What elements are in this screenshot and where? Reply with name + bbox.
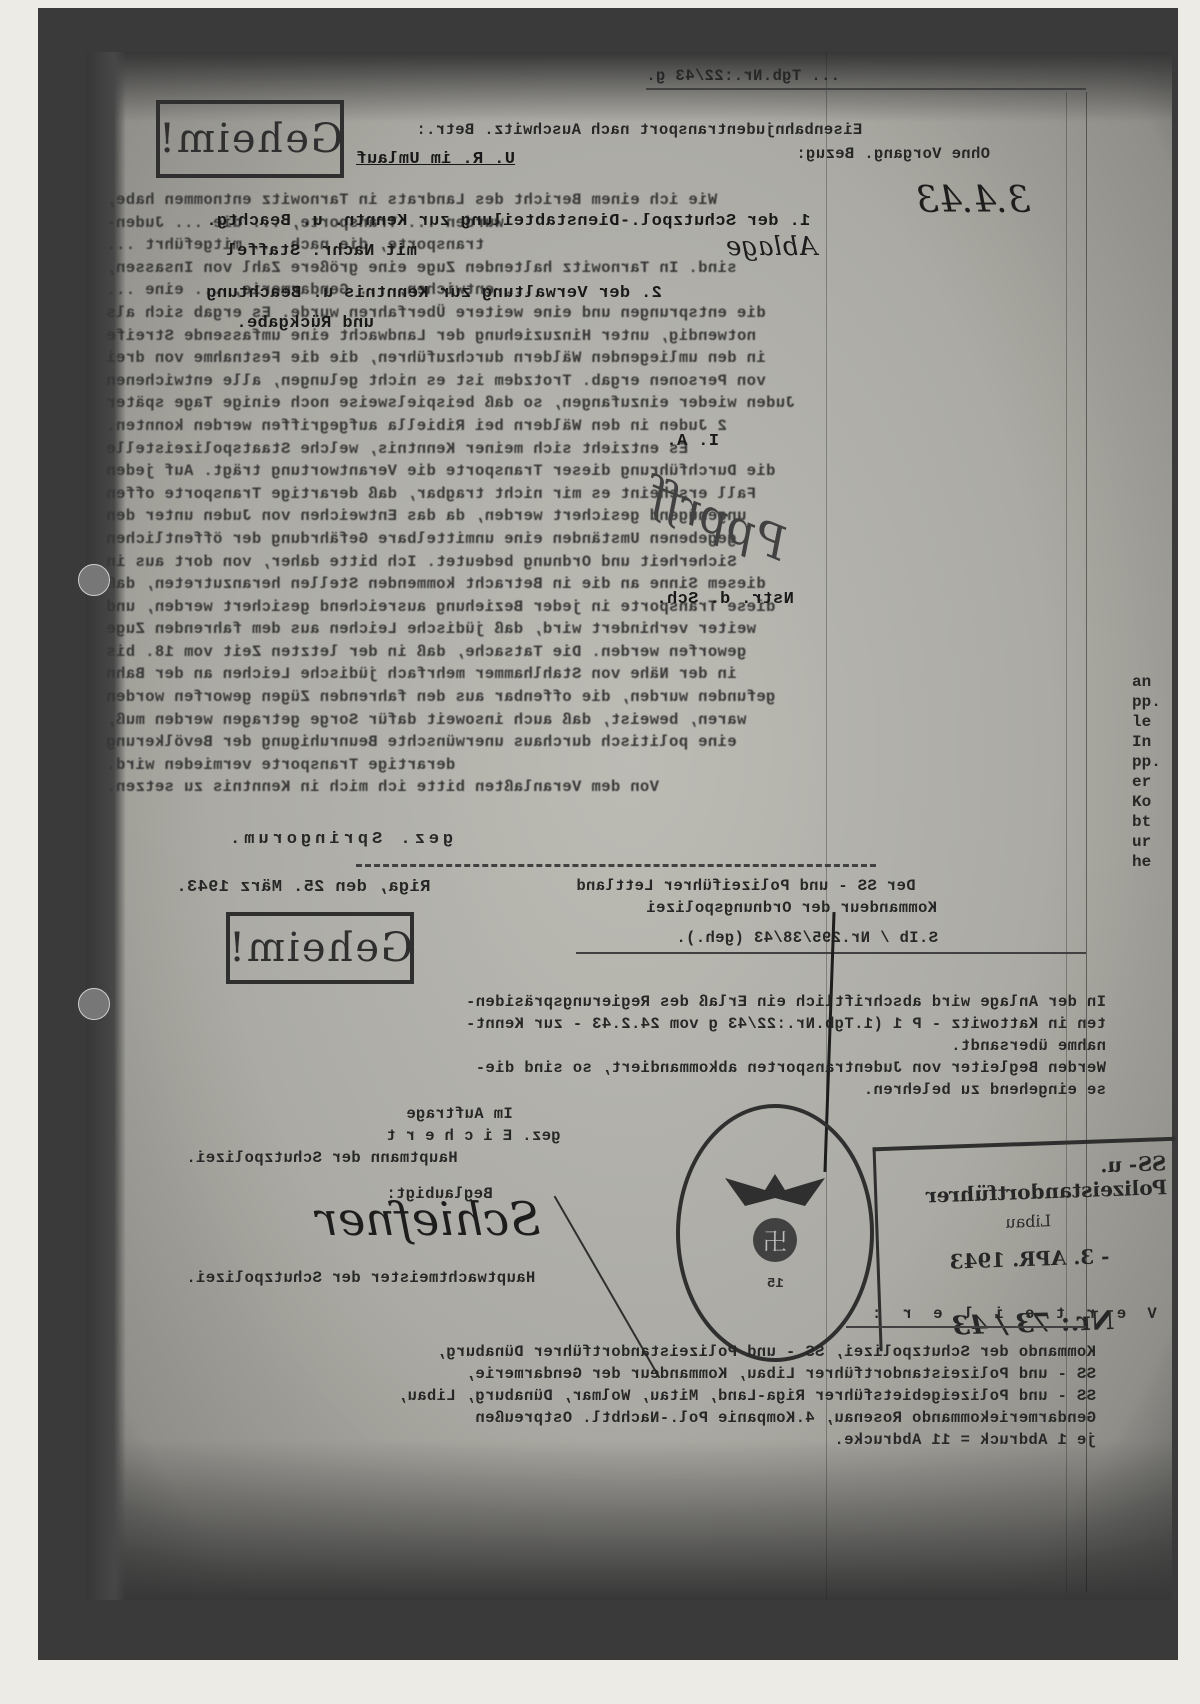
body-line: Es entzieht sich meiner Kenntnis, welche… xyxy=(106,439,1106,462)
body-line: die Durchführung dieser Transporte die V… xyxy=(106,461,1106,484)
distribution-list: Kommando der Schutzpolizei, SS - und Pol… xyxy=(96,1342,1096,1452)
body-line: ungenügend gesichert werden, da das Entw… xyxy=(106,506,1106,529)
bottom-shadow xyxy=(86,1440,1172,1600)
verteiler-label: V e r t e i l e r : xyxy=(866,1304,1157,1325)
classification-stamp: Geheim! xyxy=(156,100,344,178)
bezug-value: Ohne Vorgang. xyxy=(864,145,990,163)
bezug-line: Ohne Vorgang. Bezug: xyxy=(796,144,990,165)
file-reference: ... Tgb.Nr.:22/43 g. xyxy=(646,66,840,87)
bezug-label: Bezug: xyxy=(796,145,854,163)
body-line: von Personen ergab. Trotzdem ist es nich… xyxy=(106,371,1106,394)
photostat-sheet: ... Tgb.Nr.:22/43 g. Geheim! Eisenbahnju… xyxy=(38,8,1178,1660)
body-line: Fall erscheint es mir nicht tragbar, daß… xyxy=(106,484,1106,507)
body-line: Sicherheit und Ordnung bedeutet. Ich bit… xyxy=(106,552,1106,575)
body-line: Juden wieder einzufangen, so daß beispie… xyxy=(106,393,1106,416)
receipt-stamp-date: - 3. APR. 1943 xyxy=(889,1242,1170,1276)
body-line: eine politisch durchaus unerwünschte Beu… xyxy=(106,732,1106,755)
wreath-icon: 卍 xyxy=(753,1218,797,1262)
body-line: diesem Sinne an die in Betracht kommende… xyxy=(106,574,1106,597)
separator-line xyxy=(356,864,876,867)
forwarding-line: Werden Begleiter von Judentransporten ab… xyxy=(106,1058,1106,1080)
sender-line-2: Kommandeur der Ordnungspolizei xyxy=(646,898,937,919)
body-line: 2 Juden in den Wäldern bei Ribiella aufg… xyxy=(106,416,1106,439)
forwarding-line: nahme übersandt. xyxy=(106,1036,1106,1058)
punch-hole-bottom xyxy=(78,988,110,1020)
round-official-stamp: 卍 15 xyxy=(676,1104,874,1362)
handwritten-date: 3.4.43 xyxy=(916,180,1031,221)
body-line: waren, beweist, daß auch insoweit dafür … xyxy=(106,710,1106,733)
signoff-1: Im Auftrage xyxy=(406,1104,513,1125)
stamp-number: 15 xyxy=(767,1276,784,1292)
body-line: derartige Transporte vermieden wird. xyxy=(106,755,1106,778)
place-date: Riga, den 25. März 1943. xyxy=(176,878,430,899)
routing-header: U. R. im Umlauf xyxy=(356,150,515,171)
body-line: geworfen werden. Die Tatsache, daß in de… xyxy=(106,642,1106,665)
classification-stamp-text: Geheim! xyxy=(157,116,343,162)
handwritten-initials: Ablage xyxy=(726,232,817,262)
distribution-line: Gendarmeriekommando Rosenau, 4.Kompanie … xyxy=(96,1408,1096,1430)
betreff-line: Eisenbahnjudentransport nach Auschwitz. … xyxy=(416,120,862,141)
signoff-2: gez. E i c h e r t xyxy=(386,1126,561,1147)
beglaubigt-title: Hauptwachtmeister der Schutzpolizei. xyxy=(186,1268,535,1289)
document-page: ... Tgb.Nr.:22/43 g. Geheim! Eisenbahnju… xyxy=(86,52,1172,1600)
body-line: in den umliegenden Wäldern durchzuführen… xyxy=(106,348,1106,371)
body-line: weiter verhindert wird, daß jüdische Lei… xyxy=(106,619,1106,642)
body-line: gefunden wurden, die offenbar aus den fa… xyxy=(106,687,1106,710)
distribution-line: je 1 Abdruck = 11 Abdrucke. xyxy=(96,1430,1096,1452)
punch-hole-top xyxy=(78,564,110,596)
underlying-page-fragments: an pp. le In pp. er Ko bt ur he xyxy=(1132,672,1161,872)
eagle-icon xyxy=(725,1174,825,1214)
signoff-3: Hauptmann der Schutzpolizei. xyxy=(186,1148,458,1169)
body-line: Von dem Veranlaßten bitte ich mich in Ke… xyxy=(106,777,1106,800)
body-line: gegebenen Umständen eine unmittelbare Ge… xyxy=(106,529,1106,552)
distribution-line: Kommando der Schutzpolizei, SS - und Pol… xyxy=(96,1342,1096,1364)
sender-line-3: S.Ib / Nr.295/38/43 (geh.). xyxy=(676,928,938,949)
forwarding-line: se eingehend zu belehren. xyxy=(106,1080,1106,1102)
betreff-value: Eisenbahnjudentransport nach Auschwitz. xyxy=(484,121,862,139)
body-line: diese Transporte in jeder Beziehung ausr… xyxy=(106,597,1106,620)
routing-item-1: 1. der Schutzpol.-Dienstabteilung zur Ke… xyxy=(206,212,810,233)
forwarding-line: In der Anlage wird abschriftlich ein Erl… xyxy=(106,992,1106,1014)
body-line: in der Nähe von Stahlhammer mehrfach jüd… xyxy=(106,664,1106,687)
classification-stamp-text: Geheim! xyxy=(227,925,413,971)
body-text: Wie ich einem Bericht des Landrats in Ta… xyxy=(106,190,1106,800)
reference-underline xyxy=(646,88,1086,90)
distribution-line: SS - und Polizeistandortführer Libau, Ko… xyxy=(96,1364,1096,1386)
verteiler-underline xyxy=(846,1326,1086,1328)
routing-item-2: mit Nachr. Staffel xyxy=(226,242,417,263)
sender-line-1: Der SS - und Polizeiführer Lettland xyxy=(576,876,916,897)
forwarding-text: In der Anlage wird abschriftlich ein Erl… xyxy=(106,992,1106,1102)
initials-sch: Nstr. d. Sch. xyxy=(656,590,794,611)
beglaubigt-signature: Schiefner xyxy=(316,1192,541,1246)
initials-ia: I. A. xyxy=(666,432,719,453)
signature-original: gez. Springorum. xyxy=(226,830,453,851)
forwarding-line: ten in Kattowitz - P 1 (1.Tgb.Nr.:22/43 … xyxy=(106,1014,1106,1036)
receipt-stamp-city: Libau xyxy=(888,1207,1168,1236)
routing-item-4: und Rückgabe. xyxy=(236,314,374,335)
distribution-line: SS - und Polizeigebietsführer Riga-Land,… xyxy=(96,1386,1096,1408)
routing-item-3: 2. der Verwaltung zur Kenntnis u. Beacht… xyxy=(206,284,662,305)
classification-stamp-2: Geheim! xyxy=(226,912,414,984)
receipt-stamp-office: SS- u. Polizeistandortführer xyxy=(886,1151,1168,1209)
betreff-label: Betr.: xyxy=(416,121,474,139)
